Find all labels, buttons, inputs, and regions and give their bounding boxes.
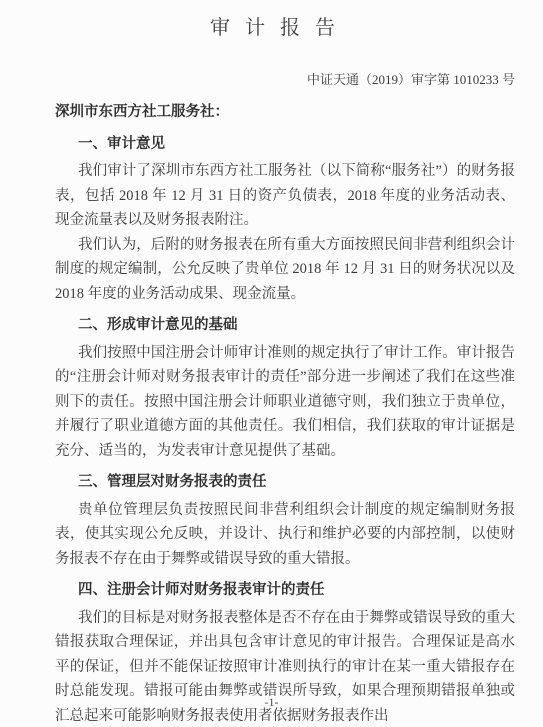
section-heading-management-responsibility: 三、管理层对财务报表的责任 [55,470,515,495]
addressee: 深圳市东西方社工服务社： [55,100,515,125]
report-title: 审 计 报 告 [55,14,495,42]
document-page: 审 计 报 告 中证天通（2019）审字第 1010233 号 深圳市东西方社工… [0,0,543,727]
section-heading-auditor-responsibility: 四、注册会计师对财务报表审计的责任 [55,578,515,603]
section-management-responsibility: 三、管理层对财务报表的责任 贵单位管理层负责按照民间非营利组织会计制度的规定编制… [55,470,515,571]
page-number: -1- [0,695,543,710]
section-audit-opinion: 一、审计意见 我们审计了深圳市东西方社工服务社（以下简称“服务社”）的财务报表，… [55,132,515,307]
section-heading-basis-for-opinion: 二、形成审计意见的基础 [55,313,515,338]
paragraph: 贵单位管理层负责按照民间非营利组织会计制度的规定编制财务报表，使其实现公允反映，… [55,498,515,572]
reference-number: 中证天通（2019）审字第 1010233 号 [55,72,515,87]
paragraph: 我们审计了深圳市东西方社工服务社（以下简称“服务社”）的财务报表，包括 2018… [55,159,515,233]
paragraph: 我们认为，后附的财务报表在所有重大方面按照民间非营利组织会计制度的规定编制，公允… [55,233,515,307]
paragraph: 我们按照中国注册会计师审计准则的规定执行了审计工作。审计报告的“注册会计师对财务… [55,341,515,464]
section-basis-for-opinion: 二、形成审计意见的基础 我们按照中国注册会计师审计准则的规定执行了审计工作。审计… [55,313,515,463]
section-heading-audit-opinion: 一、审计意见 [55,132,515,157]
